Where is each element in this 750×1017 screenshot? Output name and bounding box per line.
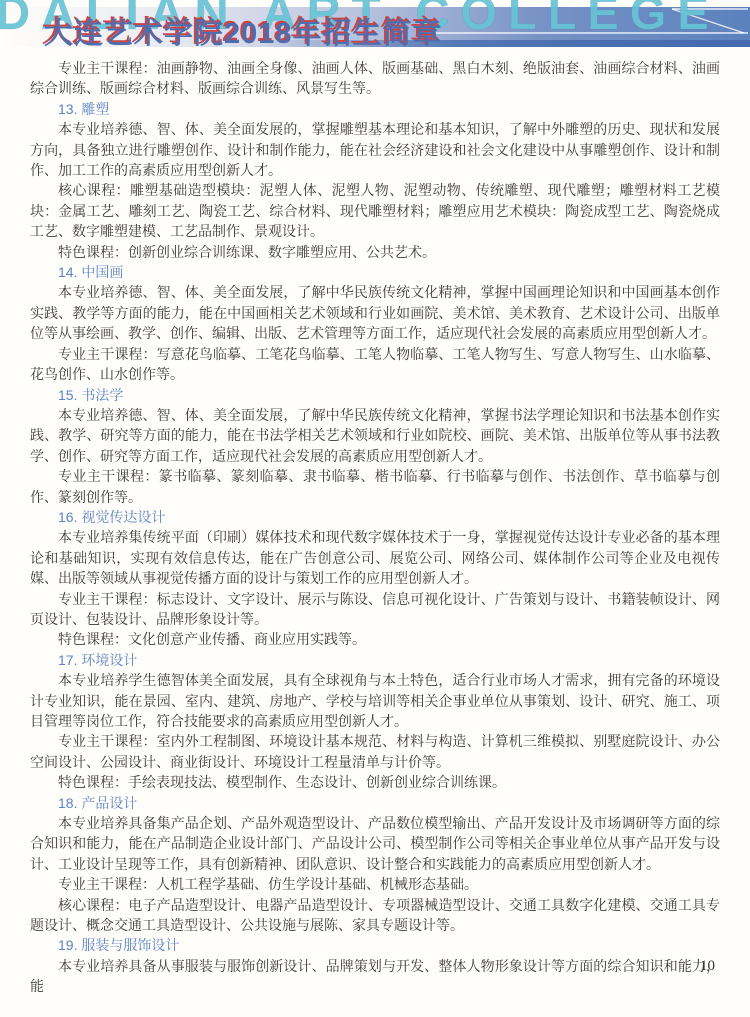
section-paragraph: 本专业培养具备集产品企划、产品外观造型设计、产品数位模型输出、产品开发设计及市场… bbox=[30, 813, 720, 874]
major-section: 17. 环境设计 本专业培养学生德智体美全面发展，具有全球视角与本土特色，适合行… bbox=[30, 650, 720, 793]
section-heading: 19. 服装与服饰设计 bbox=[30, 935, 720, 955]
section-paragraph: 本专业培养德、智、体、美全面发展的，掌握雕塑基本理论和基本知识，了解中外雕塑的历… bbox=[30, 119, 720, 180]
section-paragraph: 本专业培养学生德智体美全面发展，具有全球视角与本土特色，适合行业市场人才需求，拥… bbox=[30, 670, 720, 731]
section-heading: 18. 产品设计 bbox=[30, 793, 720, 813]
sections: 13. 雕塑 本专业培养德、智、体、美全面发展的，掌握雕塑基本理论和基本知识，了… bbox=[30, 99, 720, 997]
section-paragraph: 本专业培养具备从事服装与服饰创新设计、品牌策划与开发、整体人物形象设计等方面的综… bbox=[30, 956, 720, 997]
major-section: 19. 服装与服饰设计 本专业培养具备从事服装与服饰创新设计、品牌策划与开发、整… bbox=[30, 935, 720, 996]
section-paragraph: 特色课程：创新创业综合训练课、数字雕塑应用、公共艺术。 bbox=[30, 242, 720, 262]
section-paragraph: 专业主干课程：写意花鸟临摹、工笔花鸟临摹、工笔人物临摹、工笔人物写生、写意人物写… bbox=[30, 344, 720, 385]
major-section: 13. 雕塑 本专业培养德、智、体、美全面发展的，掌握雕塑基本理论和基本知识，了… bbox=[30, 99, 720, 262]
intro-paragraph: 专业主干课程：油画静物、油画全身像、油画人体、版画基础、黑白木刻、绝版油套、油画… bbox=[30, 58, 720, 99]
section-heading: 13. 雕塑 bbox=[30, 99, 720, 119]
section-paragraph: 专业主干课程：室内外工程制图、环境设计基本规范、材料与构造、计算机三维模拟、别墅… bbox=[30, 731, 720, 772]
section-heading: 17. 环境设计 bbox=[30, 650, 720, 670]
section-paragraph: 核心课程：电子产品造型设计、电器产品造型设计、专项器械造型设计、交通工具数字化建… bbox=[30, 895, 720, 936]
section-paragraph: 本专业培养集传统平面（印刷）媒体技术和现代数字媒体技术于一身，掌握视觉传达设计专… bbox=[30, 527, 720, 588]
section-paragraph: 本专业培养德、智、体、美全面发展，了解中华民族传统文化精神，掌握中国画理论知识和… bbox=[30, 282, 720, 343]
section-heading: 16. 视觉传达设计 bbox=[30, 507, 720, 527]
section-paragraph: 本专业培养德、智、体、美全面发展，了解中华民族传统文化精神，掌握书法学理论知识和… bbox=[30, 405, 720, 466]
document-body: 专业主干课程：油画静物、油画全身像、油画人体、版画基础、黑白木刻、绝版油套、油画… bbox=[30, 58, 720, 997]
major-section: 15. 书法学 本专业培养德、智、体、美全面发展，了解中华民族传统文化精神，掌握… bbox=[30, 385, 720, 507]
section-heading: 15. 书法学 bbox=[30, 385, 720, 405]
major-section: 16. 视觉传达设计 本专业培养集传统平面（印刷）媒体技术和现代数字媒体技术于一… bbox=[30, 507, 720, 650]
document-page: DALIAN ART COLLEGE 大连艺术学院2018年招生简章 专业主干课… bbox=[0, 0, 750, 1017]
section-paragraph: 特色课程：手绘表现技法、模型制作、生态设计、创新创业综合训练课。 bbox=[30, 772, 720, 792]
section-paragraph: 核心课程：雕塑基础造型模块：泥塑人体、泥塑人物、泥塑动物、传统雕塑、现代雕塑；雕… bbox=[30, 180, 720, 241]
page-title: 大连艺术学院2018年招生简章 bbox=[44, 11, 443, 52]
section-paragraph: 专业主干课程：人机工程学基础、仿生学设计基础、机械形态基础。 bbox=[30, 874, 720, 894]
page-header: DALIAN ART COLLEGE 大连艺术学院2018年招生简章 bbox=[0, 0, 750, 52]
section-paragraph: 专业主干课程：篆书临摹、篆刻临摹、隶书临摹、楷书临摹、行书临摹与创作、书法创作、… bbox=[30, 466, 720, 507]
section-heading: 14. 中国画 bbox=[30, 262, 720, 282]
major-section: 14. 中国画 本专业培养德、智、体、美全面发展，了解中华民族传统文化精神，掌握… bbox=[30, 262, 720, 384]
page-number: 10 bbox=[700, 958, 715, 975]
section-paragraph: 专业主干课程：标志设计、文字设计、展示与陈设、信息可视化设计、广告策划与设计、书… bbox=[30, 589, 720, 630]
section-paragraph: 特色课程：文化创意产业传播、商业应用实践等。 bbox=[30, 629, 720, 649]
major-section: 18. 产品设计 本专业培养具备集产品企划、产品外观造型设计、产品数位模型输出、… bbox=[30, 793, 720, 936]
